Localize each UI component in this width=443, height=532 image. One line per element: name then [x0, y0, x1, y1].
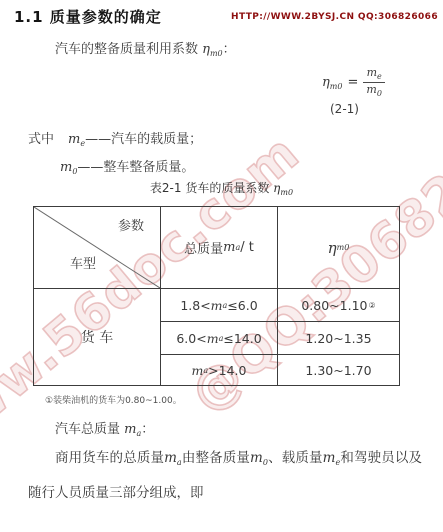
m0-symbol: m [250, 450, 263, 466]
mass-coefficient-table: 参数 车型 总质量ma / t ηm0 货 车 1.8<ma≤6.0 0.80~… [33, 206, 400, 386]
section-title: 1.1 质量参数的确定 [14, 6, 162, 27]
table-caption: 表2-1 货车的质量系数 ηm0 [0, 179, 443, 197]
ma-symbol: m [207, 331, 219, 346]
where-prefix: 式中 [28, 132, 54, 147]
me-symbol: m [68, 132, 80, 147]
fraction-denominator: m0 [363, 82, 385, 99]
table-row-value: 1.20~1.35 [278, 322, 399, 355]
table-corner-cell: 参数 车型 [34, 207, 161, 289]
mass-header-text: 总质量 [184, 238, 223, 257]
column-header-total-mass: 总质量ma / t [161, 207, 278, 289]
eta-subscript: m0 [330, 82, 343, 91]
value-footnote-marker: ② [368, 301, 375, 310]
m0-symbol: m [60, 160, 72, 175]
para-text: 由整备质量 [182, 450, 250, 466]
ma-symbol: m [164, 450, 177, 466]
table-row-range: 6.0<ma≤14.0 [161, 322, 278, 355]
mass-unit: / t [240, 240, 254, 255]
intro-text: 汽车的整备质量利用系数 [55, 42, 198, 57]
range-pre: 1.8< [180, 298, 210, 313]
value-text: 1.30~1.70 [305, 363, 371, 378]
range-post: ≤14.0 [223, 331, 261, 346]
definition-line-1: 式中me——汽车的载质量； [28, 128, 202, 148]
column-header-eta: ηm0 [278, 207, 399, 289]
eta-symbol: η [328, 239, 337, 257]
range-post: ≤6.0 [227, 298, 257, 313]
total-mass-line: 汽车总质量 ma： [55, 418, 154, 438]
header-url-link[interactable]: HTTP://WWW.2BYSJ.CN QQ:306826066 [231, 12, 438, 22]
range-post: >14.0 [208, 363, 246, 378]
definition-line-2: m0——整车整备质量。 [60, 156, 194, 176]
intro-colon: ： [223, 42, 236, 57]
para-text: 商用货车的总质量 [55, 450, 164, 466]
table-footnote: ①装柴油机的货车为0.80~1.00。 [45, 393, 182, 406]
eta-subscript: m0 [280, 188, 293, 197]
table-row-range: ma>14.0 [161, 355, 278, 385]
total-mass-colon: ： [141, 422, 154, 437]
me-symbol: m [323, 450, 336, 466]
eta-symbol: η [322, 75, 330, 90]
equation-number: (2-1) [330, 102, 359, 116]
equals-sign: = [347, 75, 358, 90]
ma-symbol: m [211, 298, 223, 313]
formula-lhs: ηm0 [322, 75, 342, 91]
eta-subscript: m0 [337, 243, 350, 252]
para-text: 、载质量 [268, 450, 323, 466]
definition-1-text: ——汽车的载质量； [85, 132, 202, 147]
value-text: 0.80~1.10 [301, 298, 367, 313]
table-row-range: 1.8<ma≤6.0 [161, 289, 278, 322]
mass-ratio-formula: ηm0 = me m0 [322, 66, 385, 99]
definition-2-text: ——整车整备质量。 [77, 160, 194, 175]
ma-symbol: m [223, 240, 235, 255]
intro-line: 汽车的整备质量利用系数 ηm0： [55, 38, 236, 58]
numerator-symbol: m [367, 66, 377, 79]
row-label-truck: 货 车 [34, 289, 161, 385]
ma-symbol: m [192, 363, 204, 378]
body-paragraph: 商用货车的总质量ma由整备质量m0、载质量me和驾驶员以及随行人员质量三部分组成… [28, 443, 422, 508]
caption-text: 表2-1 货车的质量系数 [150, 181, 269, 195]
corner-label-parameter: 参数 [118, 215, 144, 234]
denominator-symbol: m [366, 83, 376, 96]
eta-symbol: η [202, 42, 210, 57]
denominator-subscript: 0 [377, 89, 382, 98]
table-row-value: 0.80~1.10② [278, 289, 399, 322]
total-mass-text: 汽车总质量 [55, 422, 120, 437]
corner-label-vehicle-type: 车型 [70, 253, 96, 272]
table-row-value: 1.30~1.70 [278, 355, 399, 385]
ma-symbol: m [124, 422, 136, 437]
range-pre: 6.0< [176, 331, 206, 346]
fraction: me m0 [363, 66, 385, 99]
value-text: 1.20~1.35 [305, 331, 371, 346]
document-page: www.56doc.com @QQ:306826066 1.1 质量参数的确定 … [0, 0, 443, 532]
eta-subscript: m0 [210, 49, 223, 58]
numerator-subscript: e [377, 72, 382, 81]
fraction-numerator: me [364, 66, 385, 82]
